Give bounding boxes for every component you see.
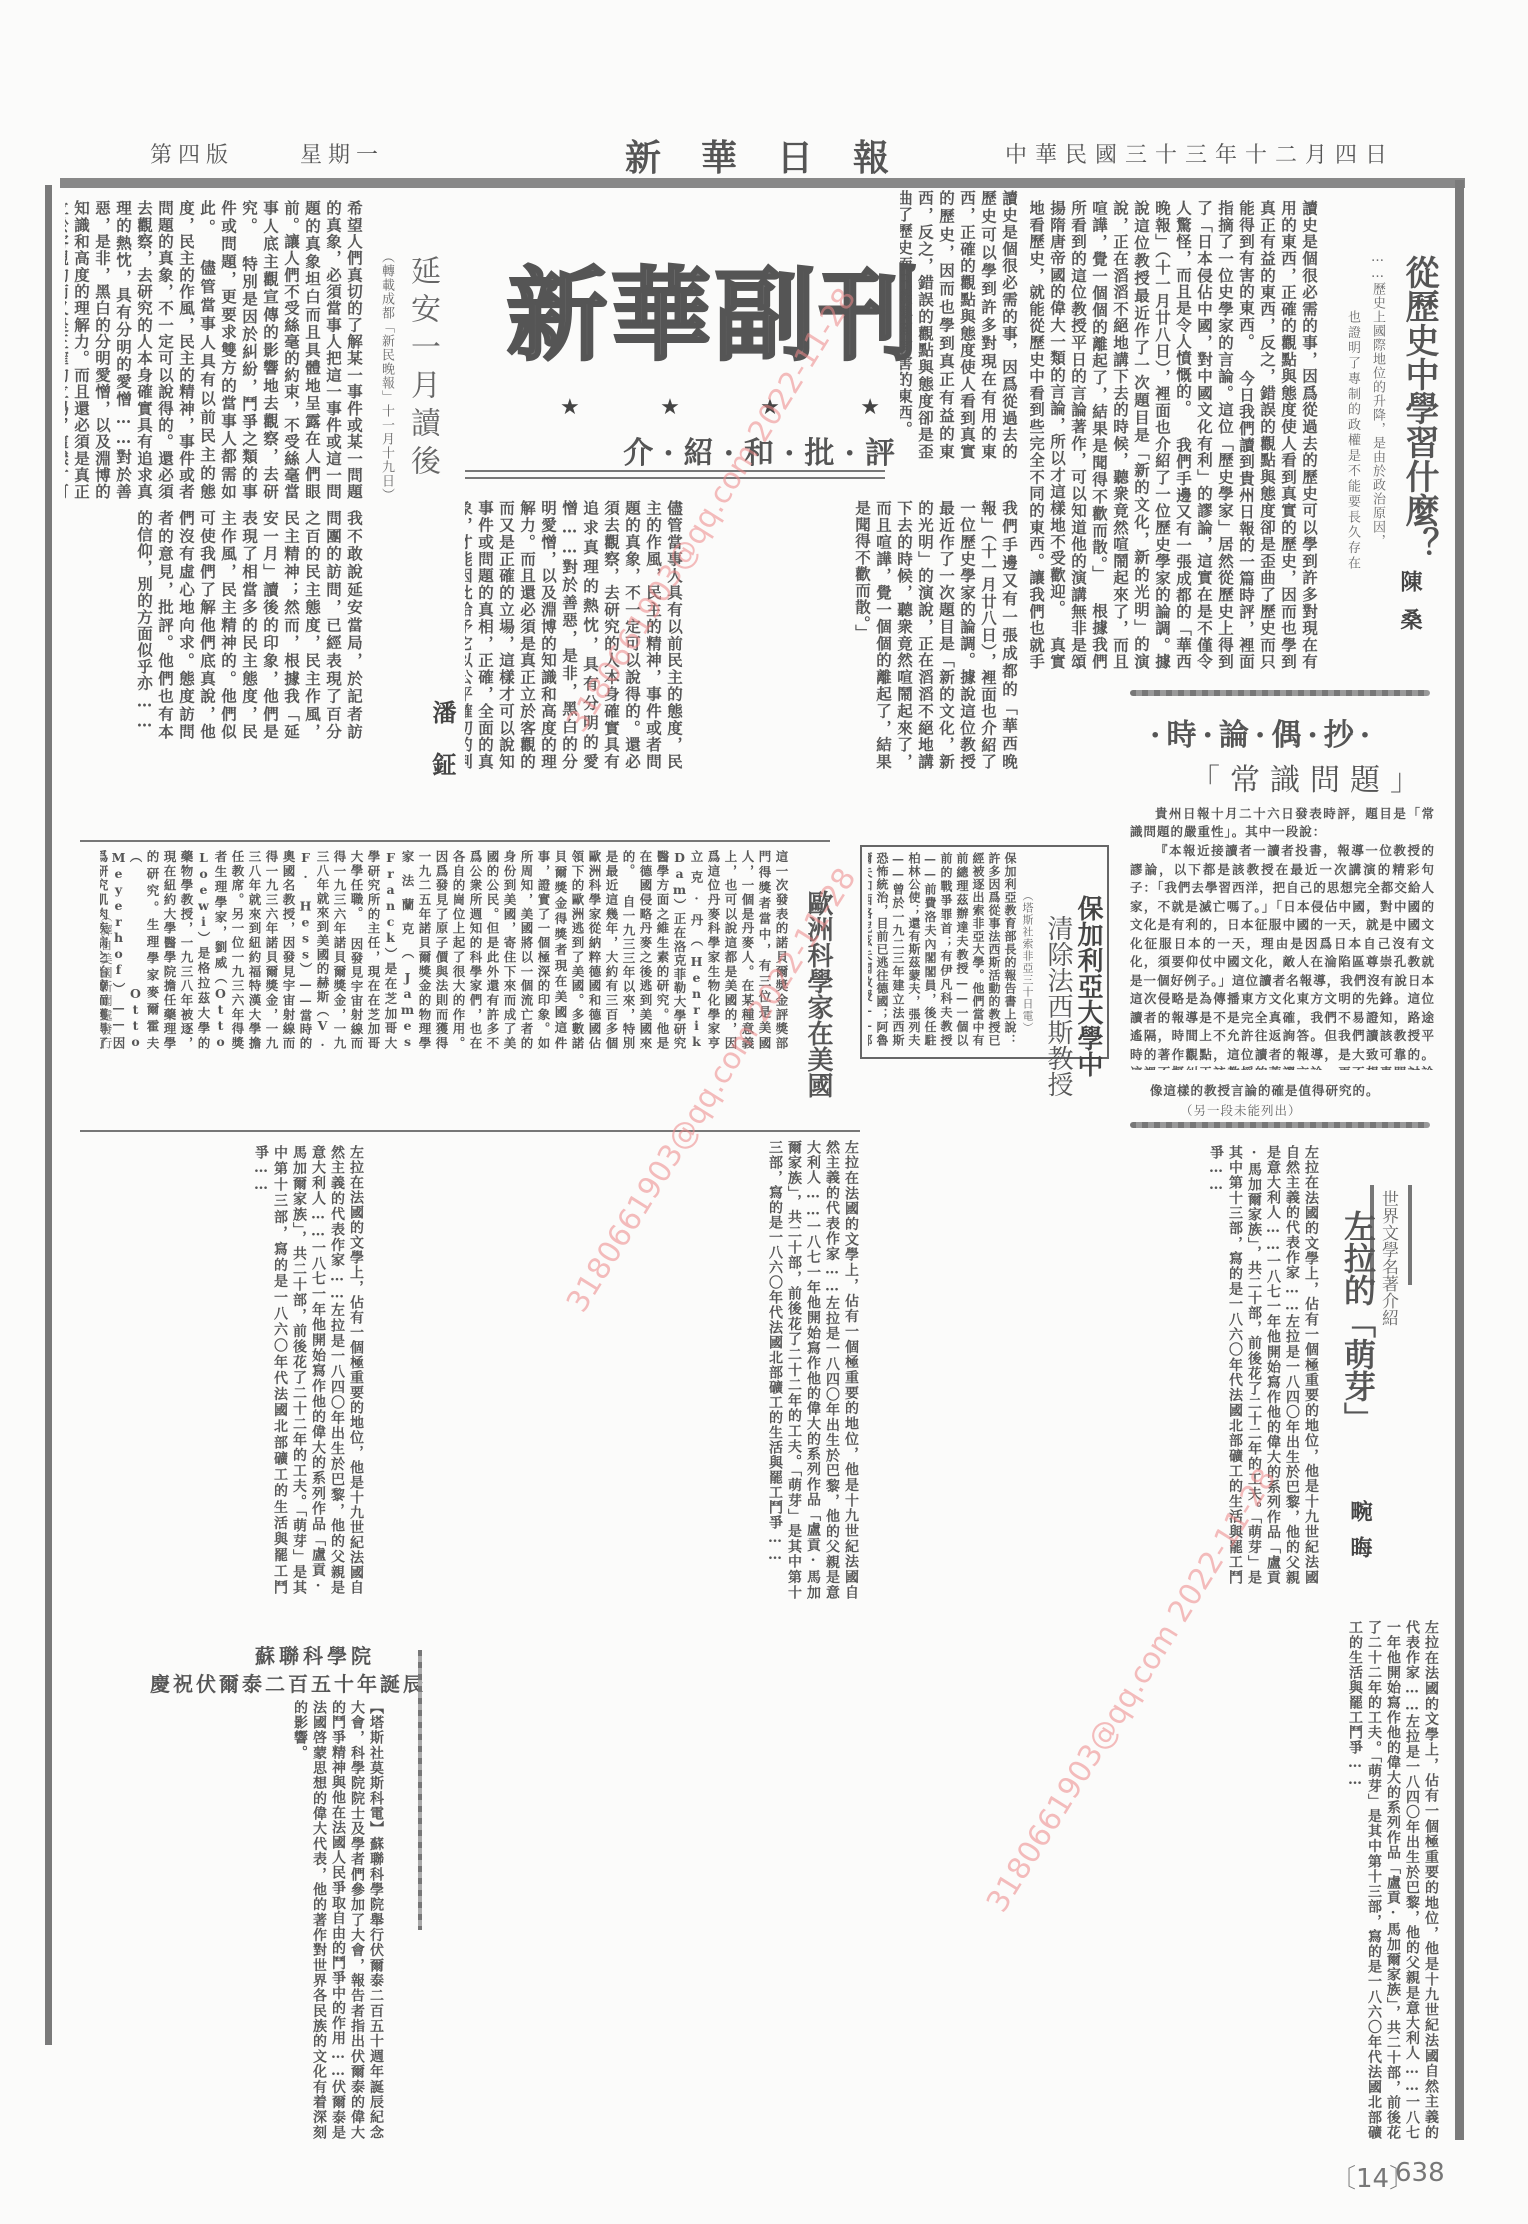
article-author-yanan: 潘鉦 xyxy=(425,700,460,804)
star-icon: ★ xyxy=(860,395,880,420)
supplement-rule xyxy=(465,477,885,479)
article-title-soviet-2: 慶祝伏爾泰二百五十年誕辰 xyxy=(150,1668,426,1697)
section-rule xyxy=(80,1130,860,1132)
supplement-stars: ★ ★ ★ ★ xyxy=(560,395,880,420)
history-body-cont: 我們手邊又有一張成都的「華西晚報」（十一月廿八日），裡面也介紹了一位歷史學家的論… xyxy=(700,500,1020,770)
supplement-title: 新華副刊 xyxy=(507,235,923,379)
zola-body-cont: 左拉在法國的文學上，佔有一個極重要的地位，他是十九世紀法國自然主義的代表作家……… xyxy=(420,1620,1440,2140)
scientists-body: 這一次發表的諾貝爾獎金評獎部門得獎者當中，有三位是美國人，一個是丹麥人。在某種意… xyxy=(100,850,790,1050)
article-author-history: 陳桑 xyxy=(1395,570,1426,646)
wavy-divider-vertical xyxy=(418,1650,422,1930)
zola-body-cont: 左拉在法國的文學上，佔有一個極重要的地位，他是十九世紀法國自然主義的代表作家……… xyxy=(65,1145,365,1595)
wavy-rule xyxy=(1130,1122,1430,1128)
masthead-rule xyxy=(60,178,1465,188)
article-title-soviet-1: 蘇聯科學院 xyxy=(255,1640,375,1669)
issue-date: 中華民國三十三年十二月四日 xyxy=(1005,138,1395,169)
chang-shi-intro: 貴州日報十月二十六日發表時評，題目是「常識問題的嚴重性」。其中一段說： xyxy=(1130,805,1435,841)
article-title-zola: 左拉的「萌芽」 xyxy=(1335,1210,1381,1434)
newspaper-name: 新華日報 xyxy=(625,130,929,181)
bulgaria-body: 保加利亞教育部長的報告書上說：許多因爲從事法西斯活動的教授已經被逐出索非亞大學。… xyxy=(868,852,1018,1047)
supplement-logo: 新華副刊 xyxy=(470,235,960,379)
yanan-body: 希望人們真切的了解某一事件或某一問題的真象，必須當事人把這一事件或這一問題的真象… xyxy=(65,200,365,500)
chang-shi-closing: 像這樣的教授言論的確是值得研究的。 xyxy=(1150,1080,1435,1101)
article-author-zola: 畹晦 xyxy=(1345,1500,1376,1572)
section-rule xyxy=(80,840,830,842)
chang-shi-note: （另一段未能列出） xyxy=(1180,1100,1302,1121)
yanan-source: （轉載成都「新民晚報」十一月十九日） xyxy=(377,250,397,530)
star-icon: ★ xyxy=(660,395,680,420)
history-lead: ……歷史上國際地位的升降，是由於政治原因， xyxy=(1370,250,1388,550)
paragraph: 自一九三三年以來，特別是最近這幾年，大約有三百多個歐洲科學家從納粹德國和德國佔領… xyxy=(451,850,636,1050)
supplement-rule xyxy=(465,470,885,472)
page-number-label: 第四版 xyxy=(150,138,234,169)
history-body: 讀史是個很必需的事，因爲從過去的歷史可以學到許多對現在有用的東西，正確的觀點與態… xyxy=(1030,200,1320,670)
paragraph: 因發見宇宙射線而得一九三六年諾貝爾獎金，一九三八年就來到美國的赫斯（V. F. … xyxy=(100,850,364,1050)
wavy-rule xyxy=(1130,690,1430,696)
soviet-body: 【塔斯社莫斯科電】蘇聯科學院舉行伏爾泰二百五十週年誕辰紀念大會，科學院院士及學者… xyxy=(65,1700,385,2140)
history-lead: 也證明了專制的政權是不能要長久存在的。 xyxy=(1345,310,1363,570)
chang-shi-quote: 『本報近接讀者一讀者投書，報導一位教授的謬論，以下都是該教授在最近一次講演的精彩… xyxy=(1130,842,1435,1070)
scientists-source: （譯自美國新聞處發行的「美國文摘」十一月一日號）（牛） xyxy=(98,910,116,1050)
bulgaria-source: （塔斯社索非亞三十日電） xyxy=(1022,890,1038,1050)
section-chang-shi: ·時·論·偶·抄· xyxy=(1150,710,1376,754)
paragraph: 儘管當事人具有以前民主的態度，民主的作風，民主的精神，事件或者問題的真象，不一定… xyxy=(65,200,217,500)
right-border-bar xyxy=(1455,180,1464,2140)
article-title-chang-shi: 「常識問題」 xyxy=(1190,755,1430,799)
article-title-bulgaria-2: 清除法西斯教授 xyxy=(1040,915,1077,1097)
yanan-body-cont: 我不敢說延安當局，於記者訪問團的訪問，已經表現了百分之百的民主態度，民主作風，民… xyxy=(65,510,365,740)
article-title-yanan: 延安一月讀後 xyxy=(400,255,444,483)
article-title-history: 從歷史中學習什麼？ xyxy=(1395,255,1444,595)
archive-page-number: 638 xyxy=(1395,2158,1445,2188)
history-body-cont: 讀史是個很必需的事，因爲從過去的歷史可以學到許多對現在有用的東西，正確的觀點與態… xyxy=(900,190,1020,460)
paragraph: 因爲發見了原子價與法則而獲得一九二五年諾貝爾獎金的物理學家法蘭克（James F… xyxy=(349,850,449,1050)
left-border-bar xyxy=(45,185,52,2045)
weekday-label: 星期一 xyxy=(300,138,384,169)
star-icon: ★ xyxy=(560,395,580,420)
